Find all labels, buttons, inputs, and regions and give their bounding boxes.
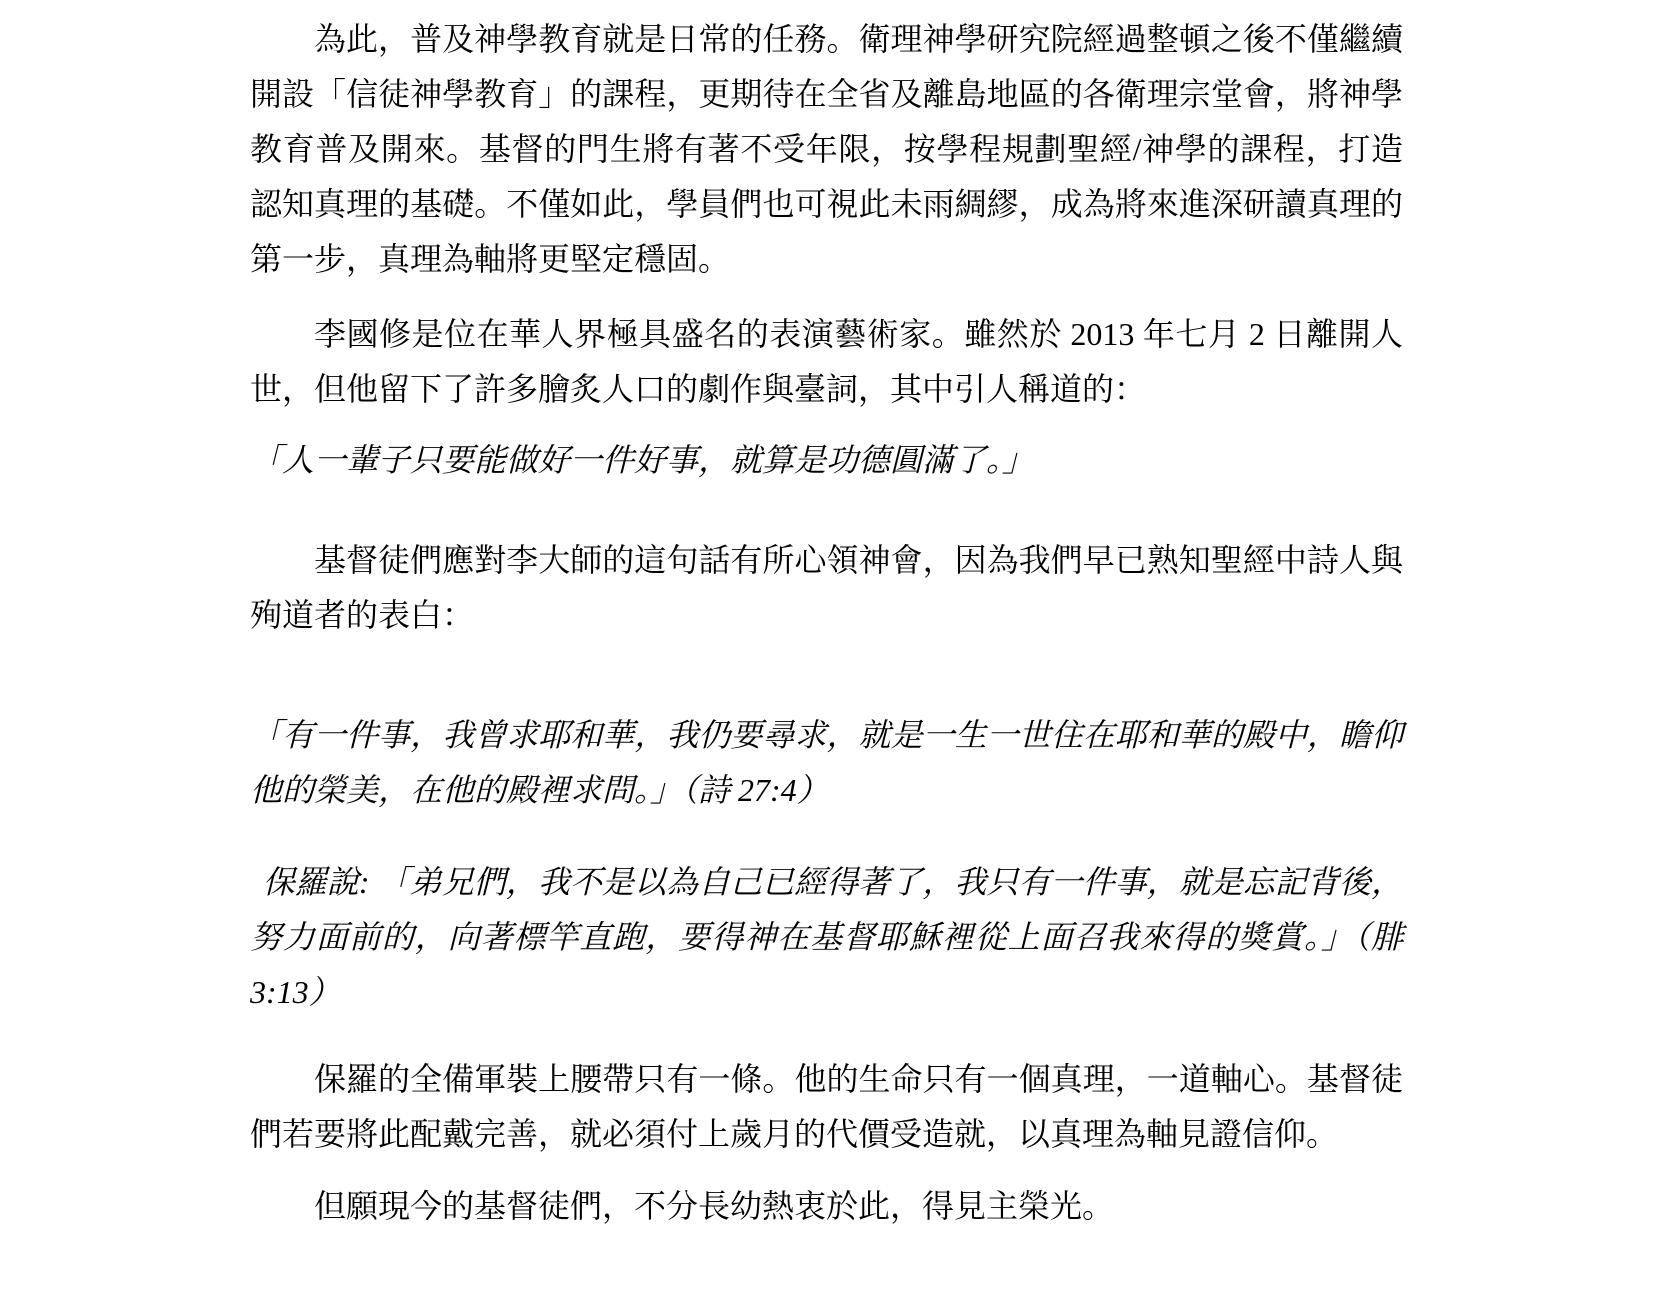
paragraph-closing-wish: 但願現今的基督徒們，不分長幼熱衷於此，得見主榮光。	[250, 1179, 1403, 1234]
paragraph-paul-armor: 保羅的全備軍裝上腰帶只有一條。他的生命只有一個真理，一道軸心。基督徒們若要將此配…	[250, 1052, 1403, 1162]
quote-psalm-27-4: 「有一件事，我曾求耶和華，我仍要尋求，就是一生一世住在耶和華的殿中，瞻仰他的榮美…	[250, 708, 1403, 818]
paragraph-lee-kuo-hsiu-intro: 李國修是位在華人界極具盛名的表演藝術家。雖然於 2013 年七月 2 日離開人世…	[250, 307, 1403, 417]
paragraph-christians-response: 基督徒們應對李大師的這句話有所心領神會，因為我們早已熟知聖經中詩人與殉道者的表白…	[250, 533, 1403, 643]
paragraph-theology-education: 為此，普及神學教育就是日常的任務。衛理神學研究院經過整頓之後不僅繼續開設「信徒神…	[250, 12, 1403, 287]
document-page: 為此，普及神學教育就是日常的任務。衛理神學研究院經過整頓之後不僅繼續開設「信徒神…	[0, 0, 1653, 1308]
quote-philippians-3-13: 保羅說: 「弟兄們，我不是以為自己已經得著了，我只有一件事，就是忘記背後，努力面…	[250, 855, 1403, 1020]
quote-lee-kuo-hsiu: 「人一輩子只要能做好一件好事，就算是功德圓滿了。」	[250, 433, 1403, 488]
